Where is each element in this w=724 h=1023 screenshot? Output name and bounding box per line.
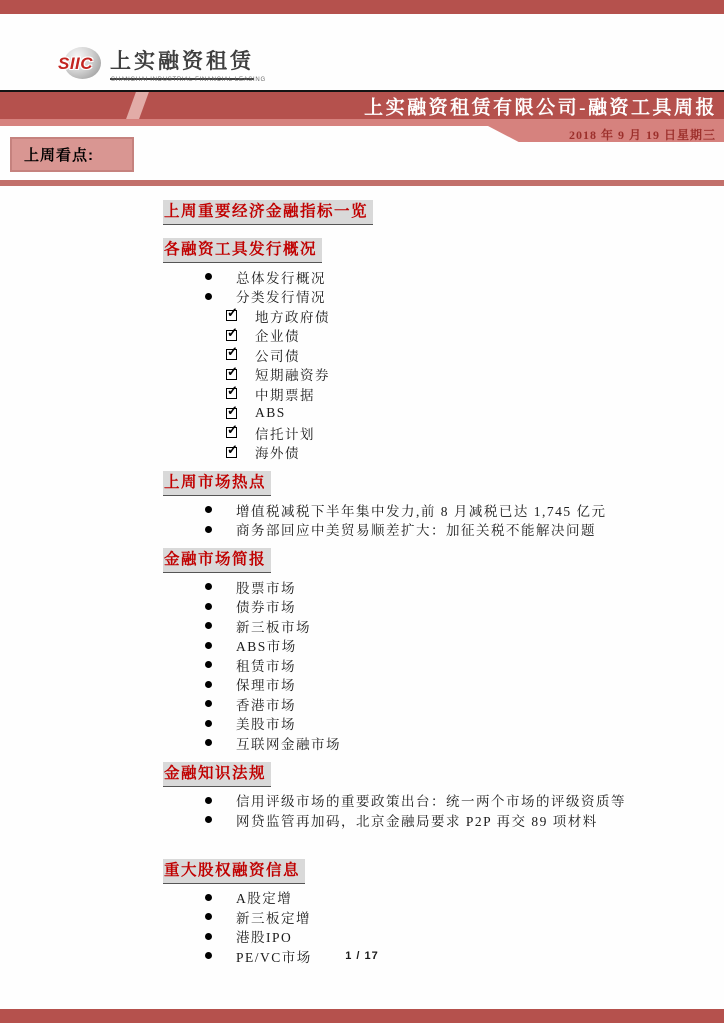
- bullet-icon: [205, 583, 212, 590]
- checkbox-item-label: 信托计划: [255, 423, 315, 443]
- list-item: 保理市场: [163, 675, 708, 695]
- table-of-contents: 上周重要经济金融指标一览 各融资工具发行概况 总体发行概况 分类发行情况 地方政…: [163, 200, 708, 966]
- list-item-label: 新三板定增: [236, 907, 311, 927]
- list-item-label: 增值税减税下半年集中发力,前 8 月减税已达 1,745 亿元: [236, 500, 607, 520]
- list-item-label: 新三板市场: [236, 616, 311, 636]
- list-item: 美股市场: [163, 714, 708, 734]
- list-item: 香港市场: [163, 694, 708, 714]
- section-divider: [0, 180, 724, 186]
- bullet-icon: [205, 622, 212, 629]
- checked-checkbox-icon: [226, 408, 237, 419]
- bullet-icon: [205, 816, 212, 823]
- bullet-icon: [205, 681, 212, 688]
- list-item-label: 商务部回应中美贸易顺差扩大：加征关税不能解决问题: [236, 519, 596, 539]
- checked-checkbox-icon: [226, 447, 237, 458]
- list-item: ABS市场: [163, 636, 708, 656]
- toc-section-market-brief: 金融市场简报 股票市场 债券市场 新三板市场 ABS市场 租赁市场 保理市场 香…: [163, 539, 708, 753]
- date-strip: [0, 119, 724, 126]
- report-date: 2018 年 9 月 19 日星期三: [569, 126, 724, 143]
- checkbox-item: 信托计划: [163, 423, 708, 443]
- bullet-icon: [205, 661, 212, 668]
- checkbox-item-label: 中期票据: [255, 384, 315, 404]
- bullet-icon: [205, 894, 212, 901]
- checkbox-item-label: 地方政府债: [255, 306, 330, 326]
- bullet-icon: [205, 933, 212, 940]
- checkbox-item-label: 公司债: [255, 345, 300, 365]
- checkbox-item-label: 短期融资券: [255, 364, 330, 384]
- checkbox-item: 短期融资券: [163, 365, 708, 385]
- bullet-icon: [205, 506, 212, 513]
- checkbox-item: 海外债: [163, 443, 708, 463]
- list-item: 总体发行概况: [163, 267, 708, 287]
- bullet-icon: [205, 526, 212, 533]
- list-item-label: 信用评级市场的重要政策出台：统一两个市场的评级资质等: [236, 790, 626, 810]
- checkbox-item: 中期票据: [163, 384, 708, 404]
- list-item-label: 股票市场: [236, 577, 296, 597]
- date-flag: 2018 年 9 月 19 日星期三: [488, 126, 724, 142]
- list-item: A股定增: [163, 888, 708, 908]
- checkbox-item: 企业债: [163, 326, 708, 346]
- checked-checkbox-icon: [226, 369, 237, 380]
- bullet-icon: [205, 739, 212, 746]
- report-title-banner: 上实融资租赁有限公司-融资工具周报: [0, 92, 724, 119]
- list-item-label: 美股市场: [236, 713, 296, 733]
- toc-section-regulations: 金融知识法规 信用评级市场的重要政策出台：统一两个市场的评级资质等 网贷监管再加…: [163, 753, 708, 830]
- page-number: 1 / 17: [0, 950, 724, 962]
- bullet-icon: [205, 273, 212, 280]
- bullet-icon: [205, 797, 212, 804]
- toc-section-indicators: 上周重要经济金融指标一览: [163, 200, 708, 229]
- weekly-highlights-label: 上周看点:: [24, 144, 94, 165]
- company-name-cn: 上实融资租赁: [110, 45, 254, 80]
- checkbox-item: 地方政府债: [163, 306, 708, 326]
- checked-checkbox-icon: [226, 349, 237, 360]
- list-item-label: 互联网金融市场: [236, 733, 341, 753]
- list-item: 股票市场: [163, 577, 708, 597]
- weekly-highlights-box: 上周看点:: [10, 137, 134, 172]
- list-item-label: ABS市场: [236, 635, 297, 655]
- top-accent-bar: [0, 0, 724, 14]
- list-item-label: 分类发行情况: [236, 286, 326, 306]
- checked-checkbox-icon: [226, 388, 237, 399]
- list-item-label: A股定增: [236, 887, 292, 907]
- list-item: 增值税减税下半年集中发力,前 8 月减税已达 1,745 亿元: [163, 500, 708, 520]
- list-item: 分类发行情况: [163, 287, 708, 307]
- list-item-label: 网贷监管再加码，北京金融局要求 P2P 再交 89 项材料: [236, 810, 598, 830]
- bullet-icon: [205, 720, 212, 727]
- checkbox-item-label: 海外债: [255, 442, 300, 462]
- section-title: 上周市场热点: [163, 471, 271, 496]
- bullet-icon: [205, 293, 212, 300]
- list-item: 商务部回应中美贸易顺差扩大：加征关税不能解决问题: [163, 520, 708, 540]
- checked-checkbox-icon: [226, 310, 237, 321]
- bullet-icon: [205, 700, 212, 707]
- bottom-accent-bar: [0, 1009, 724, 1023]
- company-name-en: SHANGHAI INDUSTRIAL FINANCIAL LEASING: [111, 77, 266, 83]
- list-item: 新三板市场: [163, 616, 708, 636]
- toc-section-equity-financing: 重大股权融资信息 A股定增 新三板定增 港股IPO PE/VC市场: [163, 830, 708, 966]
- checkbox-item: ABS: [163, 404, 708, 424]
- section-title: 金融市场简报: [163, 548, 271, 573]
- checked-checkbox-icon: [226, 427, 237, 438]
- list-item-label: 债券市场: [236, 596, 296, 616]
- section-title: 金融知识法规: [163, 762, 271, 787]
- bullet-icon: [205, 642, 212, 649]
- bullet-icon: [205, 603, 212, 610]
- list-item-label: 租赁市场: [236, 655, 296, 675]
- list-item-label: 香港市场: [236, 694, 296, 714]
- list-item: 新三板定增: [163, 907, 708, 927]
- banner-slash-decoration: [126, 92, 149, 119]
- bullet-icon: [205, 913, 212, 920]
- list-item: 租赁市场: [163, 655, 708, 675]
- list-item: 港股IPO: [163, 927, 708, 947]
- company-logo: SIIC 上实融资租赁 SHANGHAI INDUSTRIAL FINANCIA…: [62, 44, 322, 84]
- section-title: 重大股权融资信息: [163, 859, 305, 884]
- list-item: 互联网金融市场: [163, 733, 708, 753]
- checkbox-item: 公司债: [163, 345, 708, 365]
- list-item: 信用评级市场的重要政策出台：统一两个市场的评级资质等: [163, 791, 708, 811]
- list-item-label: 总体发行概况: [236, 267, 326, 287]
- section-title: 各融资工具发行概况: [163, 238, 322, 263]
- toc-section-issuance: 各融资工具发行概况 总体发行概况 分类发行情况 地方政府债 企业债 公司债 短期…: [163, 229, 708, 462]
- toc-section-hot-topics: 上周市场热点 增值税减税下半年集中发力,前 8 月减税已达 1,745 亿元 商…: [163, 462, 708, 539]
- checkbox-item-label: 企业债: [255, 325, 300, 345]
- list-item: 债券市场: [163, 597, 708, 617]
- siic-logo-text: SIIC: [58, 54, 93, 74]
- report-title: 上实融资租赁有限公司-融资工具周报: [364, 92, 717, 119]
- checked-checkbox-icon: [226, 330, 237, 341]
- list-item-label: 保理市场: [236, 674, 296, 694]
- list-item: 网贷监管再加码，北京金融局要求 P2P 再交 89 项材料: [163, 810, 708, 830]
- checkbox-item-label: ABS: [255, 405, 286, 421]
- section-title: 上周重要经济金融指标一览: [163, 200, 373, 225]
- list-item-label: 港股IPO: [236, 926, 292, 946]
